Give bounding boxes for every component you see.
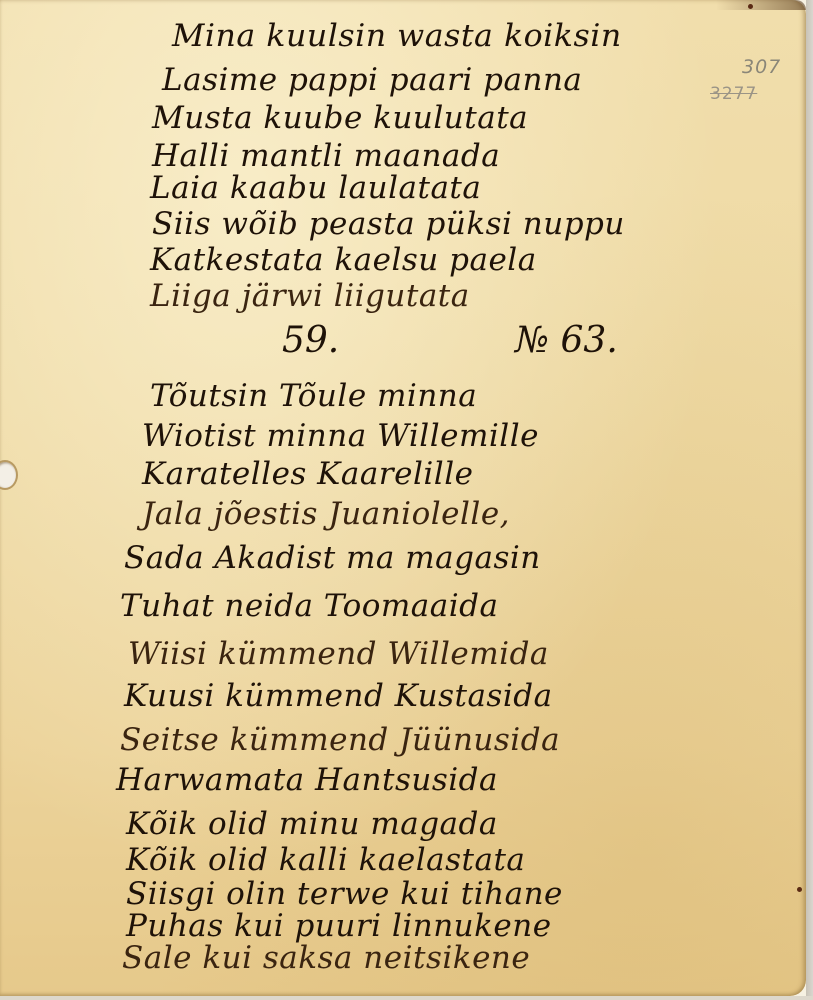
verse-line: Siis wõib peasta püksi nuppu — [152, 206, 625, 242]
verse-line: Puhas kui puuri linnukene — [126, 908, 552, 944]
verse-line: Laia kaabu laulatata — [150, 170, 481, 206]
verse-line: Halli mantli maanada — [152, 138, 500, 174]
verse-line: Katkestata kaelsu paela — [150, 242, 537, 278]
page-top-edge — [716, 0, 806, 10]
verse-line: Harwamata Hantsusida — [116, 762, 498, 798]
ink-spot — [748, 4, 753, 9]
verse-line: Lasime pappi paari panna — [162, 62, 582, 98]
verse-line: Sale kui saksa neitsikene — [122, 940, 530, 976]
ink-spot — [797, 887, 802, 892]
verse-line: Kõik olid kalli kaelastata — [126, 842, 525, 878]
verse-line: Sada Akadist ma magasin — [124, 540, 541, 576]
verse-line: Wiisi kümmend Willemida — [128, 636, 549, 672]
page-right-edge — [806, 0, 813, 1000]
verse-line: Siisgi olin terwe kui tihane — [126, 876, 563, 912]
verse-line: Kõik olid minu magada — [126, 806, 498, 842]
page-bottom-edge — [0, 996, 813, 1000]
verse-line: Tuhat neida Toomaaida — [120, 588, 499, 624]
archive-old-number-struck: 3277 — [710, 84, 757, 104]
verse-line: Jala jõestis Juaniolelle, — [142, 496, 510, 532]
verse-line: Mina kuulsin wasta koiksin — [172, 18, 622, 54]
verse-line: Tõutsin Tõule minna — [150, 378, 477, 414]
verse-line: Karatelles Kaarelille — [142, 456, 473, 492]
verse-line: Musta kuube kuulutata — [152, 100, 528, 136]
verse-line: Kuusi kümmend Kustasida — [124, 678, 553, 714]
song-number: 59. — [282, 320, 339, 361]
verse-line: Wiotist minna Willemille — [142, 418, 539, 454]
verse-line: Liiga järwi liigutata — [150, 278, 470, 314]
song-catalog-number: № 63. — [515, 320, 618, 361]
verse-line: Seitse kümmend Jüünusida — [120, 722, 560, 758]
archive-page-number: 307 — [742, 56, 781, 78]
